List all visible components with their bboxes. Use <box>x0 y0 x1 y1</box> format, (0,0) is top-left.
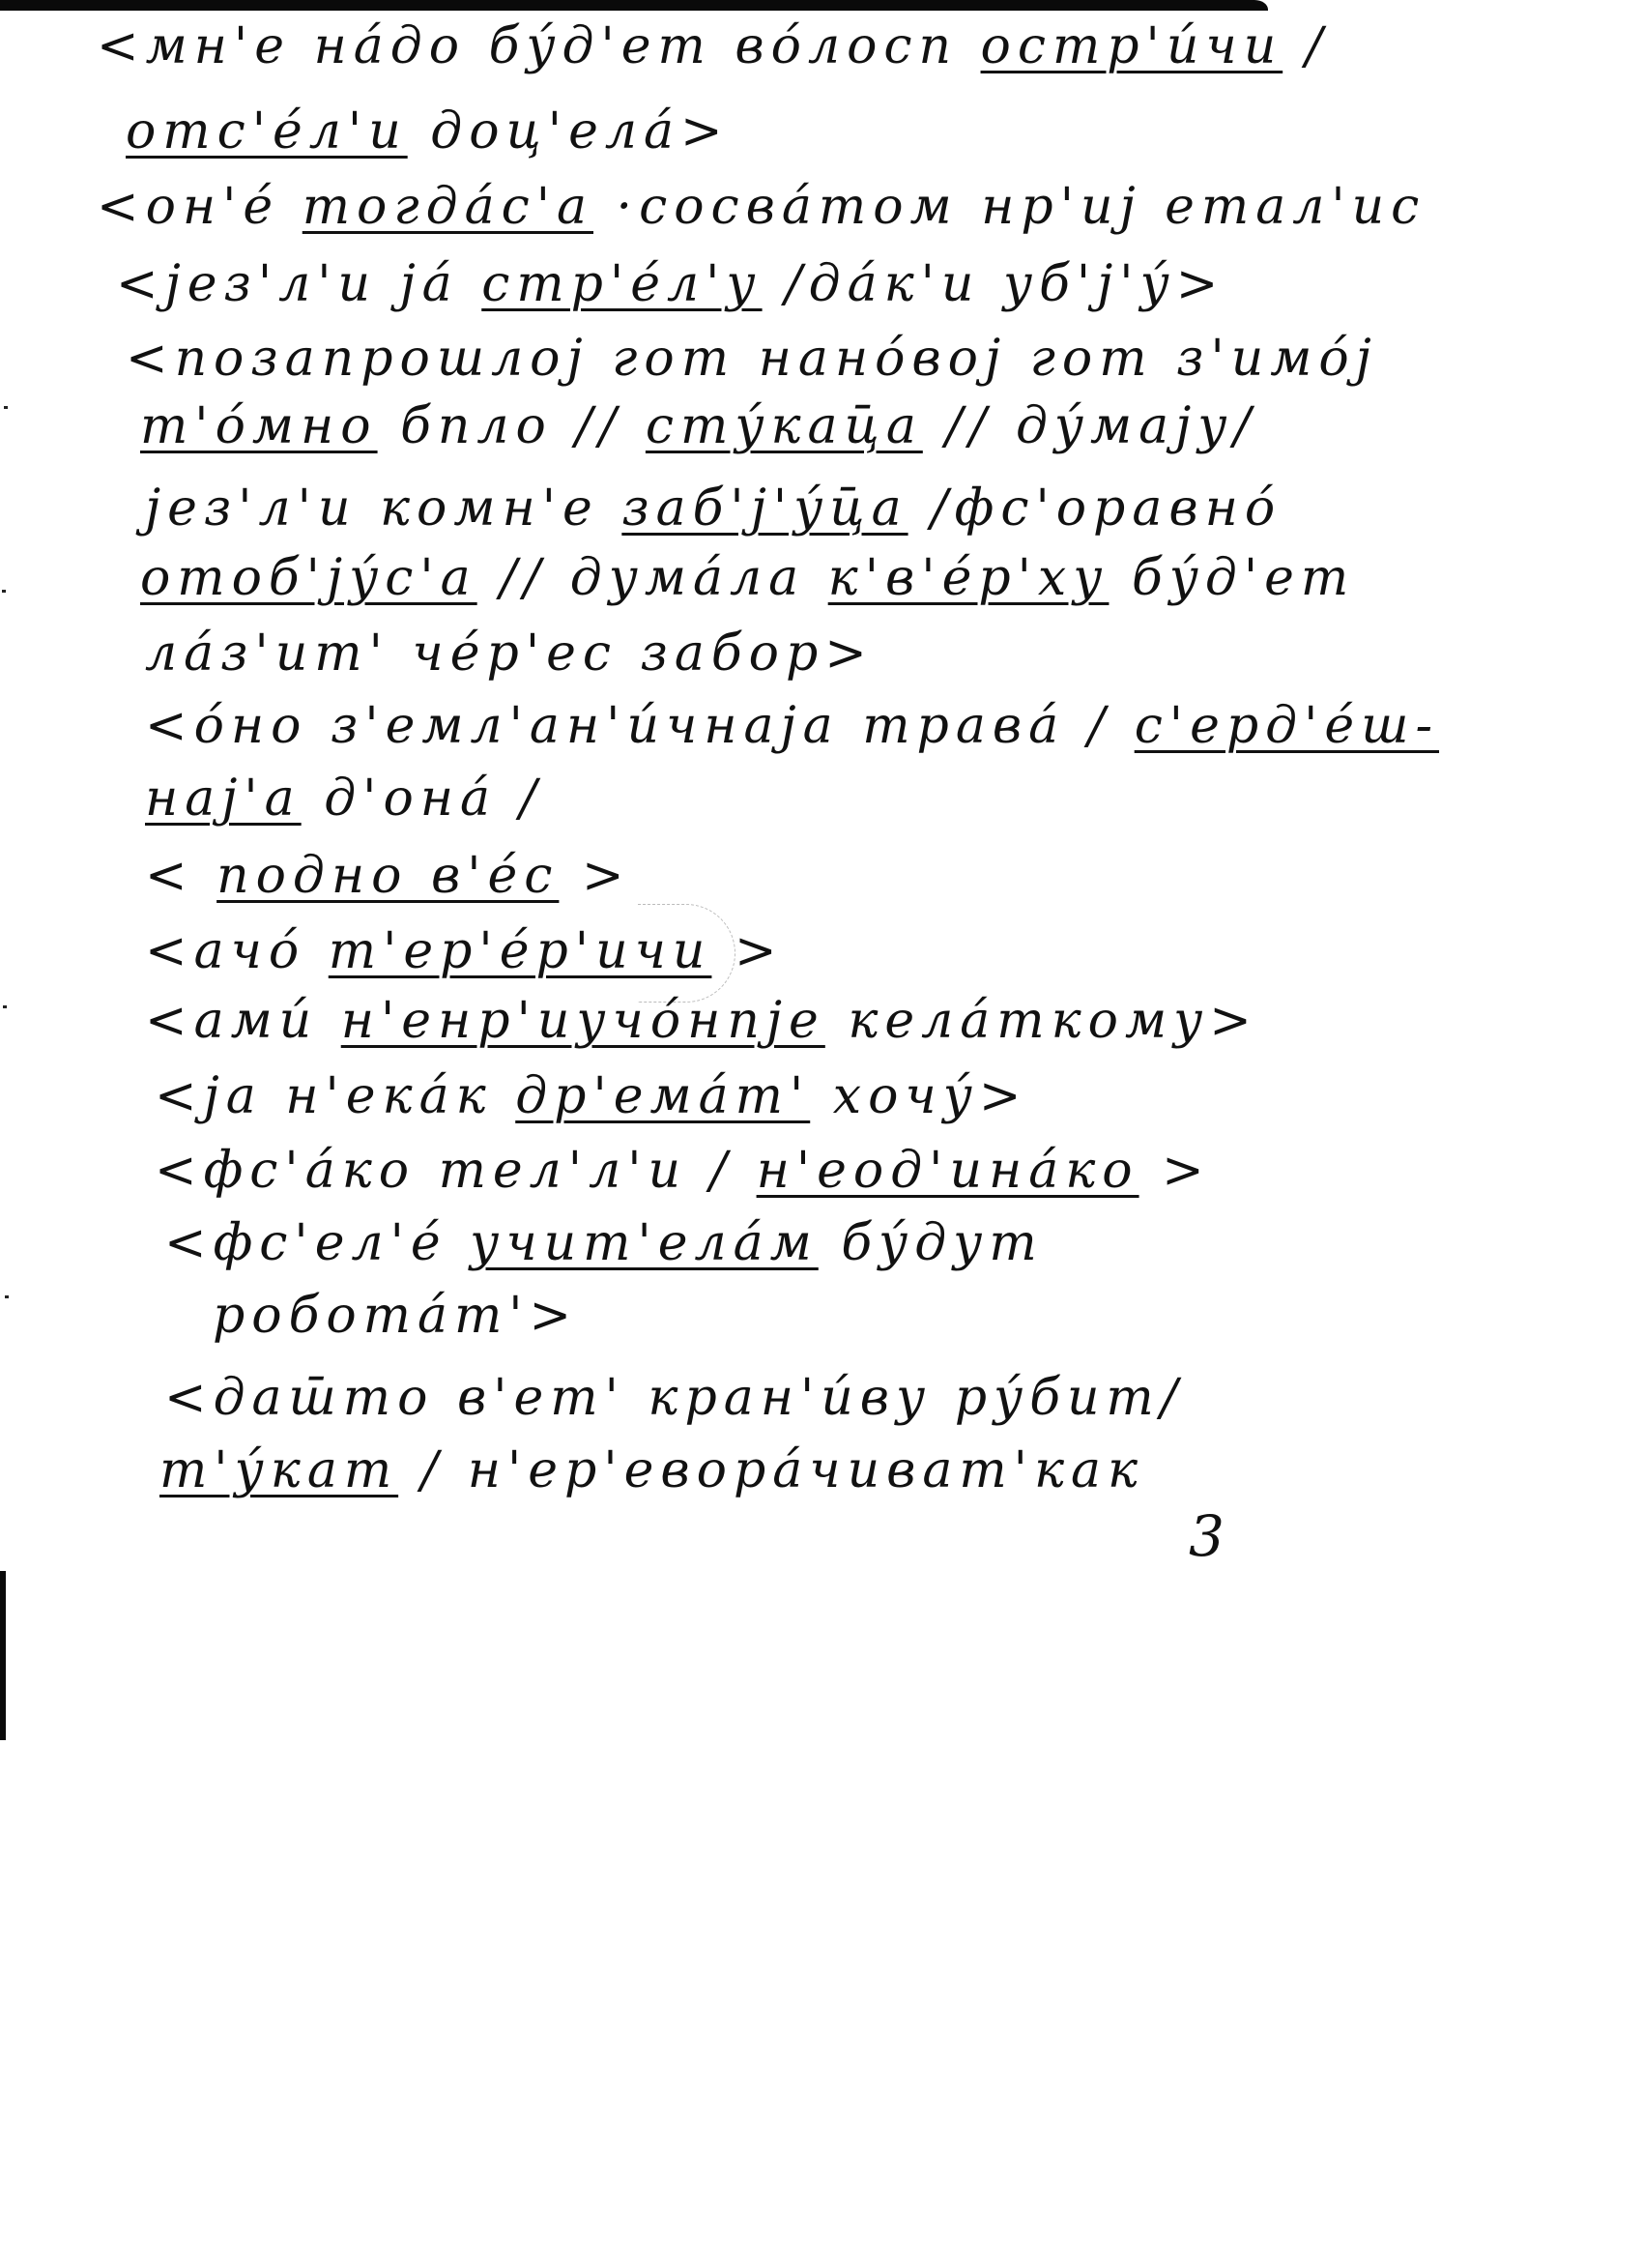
word: ду́мају/ <box>1016 397 1257 455</box>
word: гот <box>1030 330 1154 388</box>
word: /фс'оравно́ <box>931 480 1282 538</box>
word: н'ека́к <box>285 1067 492 1125</box>
word: // <box>500 549 547 607</box>
word: < <box>145 847 194 905</box>
word: > <box>1162 1142 1211 1200</box>
text-line: робота́т'> <box>213 1291 578 1341</box>
underlined-word: отс'е́л'и <box>126 102 408 160</box>
word: дума́ла <box>570 549 805 607</box>
word: / <box>520 770 544 828</box>
word: / <box>421 1441 446 1499</box>
scan-left-edge-mark <box>0 1571 6 1740</box>
underlined-word: н'енр'иучо́нпје <box>341 992 825 1050</box>
word: // <box>945 397 993 455</box>
word: кран'и́ву <box>648 1369 932 1427</box>
word: бпло <box>400 397 553 455</box>
underlined-word: с'ерд'е́ш- <box>1135 697 1439 755</box>
word: доц'ела́> <box>430 102 729 160</box>
underlined-word: т'о́мно <box>140 397 378 455</box>
word: трава́ <box>862 697 1065 755</box>
word: че́р'ес <box>412 625 618 683</box>
word: ру́бит/ <box>955 1369 1185 1427</box>
word: комн'е <box>380 480 599 538</box>
underlined-word: остр'и́чи <box>981 17 1283 75</box>
text-line: <он'е́ тогда́с'а ·сосва́том нр'иј етал'и… <box>97 182 1426 232</box>
page-number: 3 <box>1189 1503 1225 1569</box>
word: // <box>575 397 622 455</box>
word: з'емл'ан'и́чнаја <box>331 697 840 755</box>
word: тел'л'и <box>439 1142 687 1200</box>
scan-speck <box>3 1005 7 1008</box>
underlined-word: подно в'е́с <box>216 847 559 905</box>
word: во́лосп <box>735 17 958 75</box>
word: ја́ <box>400 255 459 313</box>
word: в'ет' <box>457 1369 625 1427</box>
word: кела́ткому> <box>848 992 1257 1050</box>
word: /да́к'и <box>785 255 980 313</box>
underlined-word: нај'а <box>145 770 302 828</box>
underlined-word: учит'ела́м <box>470 1214 819 1272</box>
underlined-word: стр'е́л'у <box>481 255 762 313</box>
underlined-word: тогда́с'а <box>303 178 593 236</box>
word: <ами́ <box>145 992 318 1050</box>
word: <о́но <box>145 697 307 755</box>
text-line: јез'л'и комн'е заб'ј'у́ц̄а /фс'оравно́ <box>145 483 1282 534</box>
word: / <box>1088 697 1112 755</box>
scan-top-border <box>0 0 1268 11</box>
text-line: <ами́ н'енр'иучо́нпје кела́ткому> <box>145 996 1258 1046</box>
underlined-word: отоб'ју́с'а <box>140 549 477 607</box>
word: ла́з'ит' <box>145 625 389 683</box>
underlined-word: н'еод'ина́ко <box>757 1142 1139 1200</box>
word: <мн'е <box>97 17 291 75</box>
word: <он'е́ <box>97 178 279 236</box>
scan-speck <box>2 590 6 593</box>
scanned-page: <мн'е на́до бу́д'ет во́лосп остр'и́чи /о… <box>0 0 1643 2268</box>
word: забор> <box>641 625 874 683</box>
word: бу́дут <box>841 1214 1043 1272</box>
text-line: <о́но з'емл'ан'и́чнаја трава́ / с'ерд'е́… <box>145 701 1439 751</box>
word: јез'л'и <box>145 480 357 538</box>
text-line: < подно в'е́с > <box>145 851 631 901</box>
word: <позапрошлој <box>126 330 590 388</box>
underlined-word: т'ер'е́р'ичи <box>329 922 712 980</box>
word: бу́д'ет <box>489 17 712 75</box>
word: бу́д'ет <box>1132 549 1355 607</box>
word: нр'иј етал'ис <box>981 178 1426 236</box>
underlined-word: т'у́кат <box>159 1441 398 1499</box>
word: д'она́ <box>324 770 497 828</box>
word: <фс'а́ко <box>155 1142 416 1200</box>
underlined-word: к'в'е́р'ху <box>828 549 1110 607</box>
word: / <box>710 1142 735 1200</box>
text-line: <фс'ел'е́ учит'ела́м бу́дут <box>164 1218 1044 1268</box>
word: з'имо́ј <box>1176 330 1378 388</box>
text-line: ла́з'ит' че́р'ес забор> <box>145 628 874 679</box>
word: <ја <box>155 1067 263 1125</box>
word: хочу́> <box>833 1067 1028 1125</box>
word: робота́т'> <box>213 1287 578 1345</box>
text-line: нај'а д'она́ / <box>145 773 543 824</box>
word: нано́вој <box>759 330 1008 388</box>
word: / <box>1306 17 1330 75</box>
text-line: т'о́мно бпло // сту́кац̄а // ду́мају/ <box>140 401 1257 451</box>
word: <јез'л'и <box>116 255 377 313</box>
word: н'ер'евора́чиват'как <box>468 1441 1144 1499</box>
text-line: <мн'е на́до бу́д'ет во́лосп остр'и́чи / <box>97 21 1329 72</box>
word: <ачо́ <box>145 922 305 980</box>
word: ·сосва́том <box>617 178 959 236</box>
text-line: т'у́кат / н'ер'евора́чиват'как <box>159 1445 1144 1496</box>
text-line: <ачо́ т'ер'е́р'ичи > <box>145 926 784 976</box>
text-line: <ја н'ека́к др'ема́т' хочу́> <box>155 1071 1027 1121</box>
underlined-word: др'ема́т' <box>515 1067 810 1125</box>
word: > <box>582 847 631 905</box>
text-line: отоб'ју́с'а // дума́ла к'в'е́р'ху бу́д'е… <box>140 553 1355 603</box>
underlined-word: заб'ј'у́ц̄а <box>621 480 908 538</box>
text-line: <позапрошлој гот нано́вој гот з'имо́ј <box>126 334 1378 384</box>
word: > <box>735 922 784 980</box>
word: уб'ј'у́> <box>1003 255 1225 313</box>
scan-speck <box>5 1295 9 1298</box>
word: <фс'ел'е́ <box>164 1214 447 1272</box>
text-line: <фс'а́ко тел'л'и / н'еод'ина́ко > <box>155 1146 1211 1196</box>
word: на́до <box>314 17 467 75</box>
underlined-word: сту́кац̄а <box>646 397 923 455</box>
text-line: отс'е́л'и доц'ела́> <box>126 106 730 157</box>
text-line: <јез'л'и ја́ стр'е́л'у /да́к'и уб'ј'у́> <box>116 259 1225 309</box>
word: <даш̄то <box>164 1369 434 1427</box>
text-line: <даш̄то в'ет' кран'и́ву ру́бит/ <box>164 1373 1184 1423</box>
word: гот <box>612 330 735 388</box>
scan-speck <box>4 406 8 409</box>
